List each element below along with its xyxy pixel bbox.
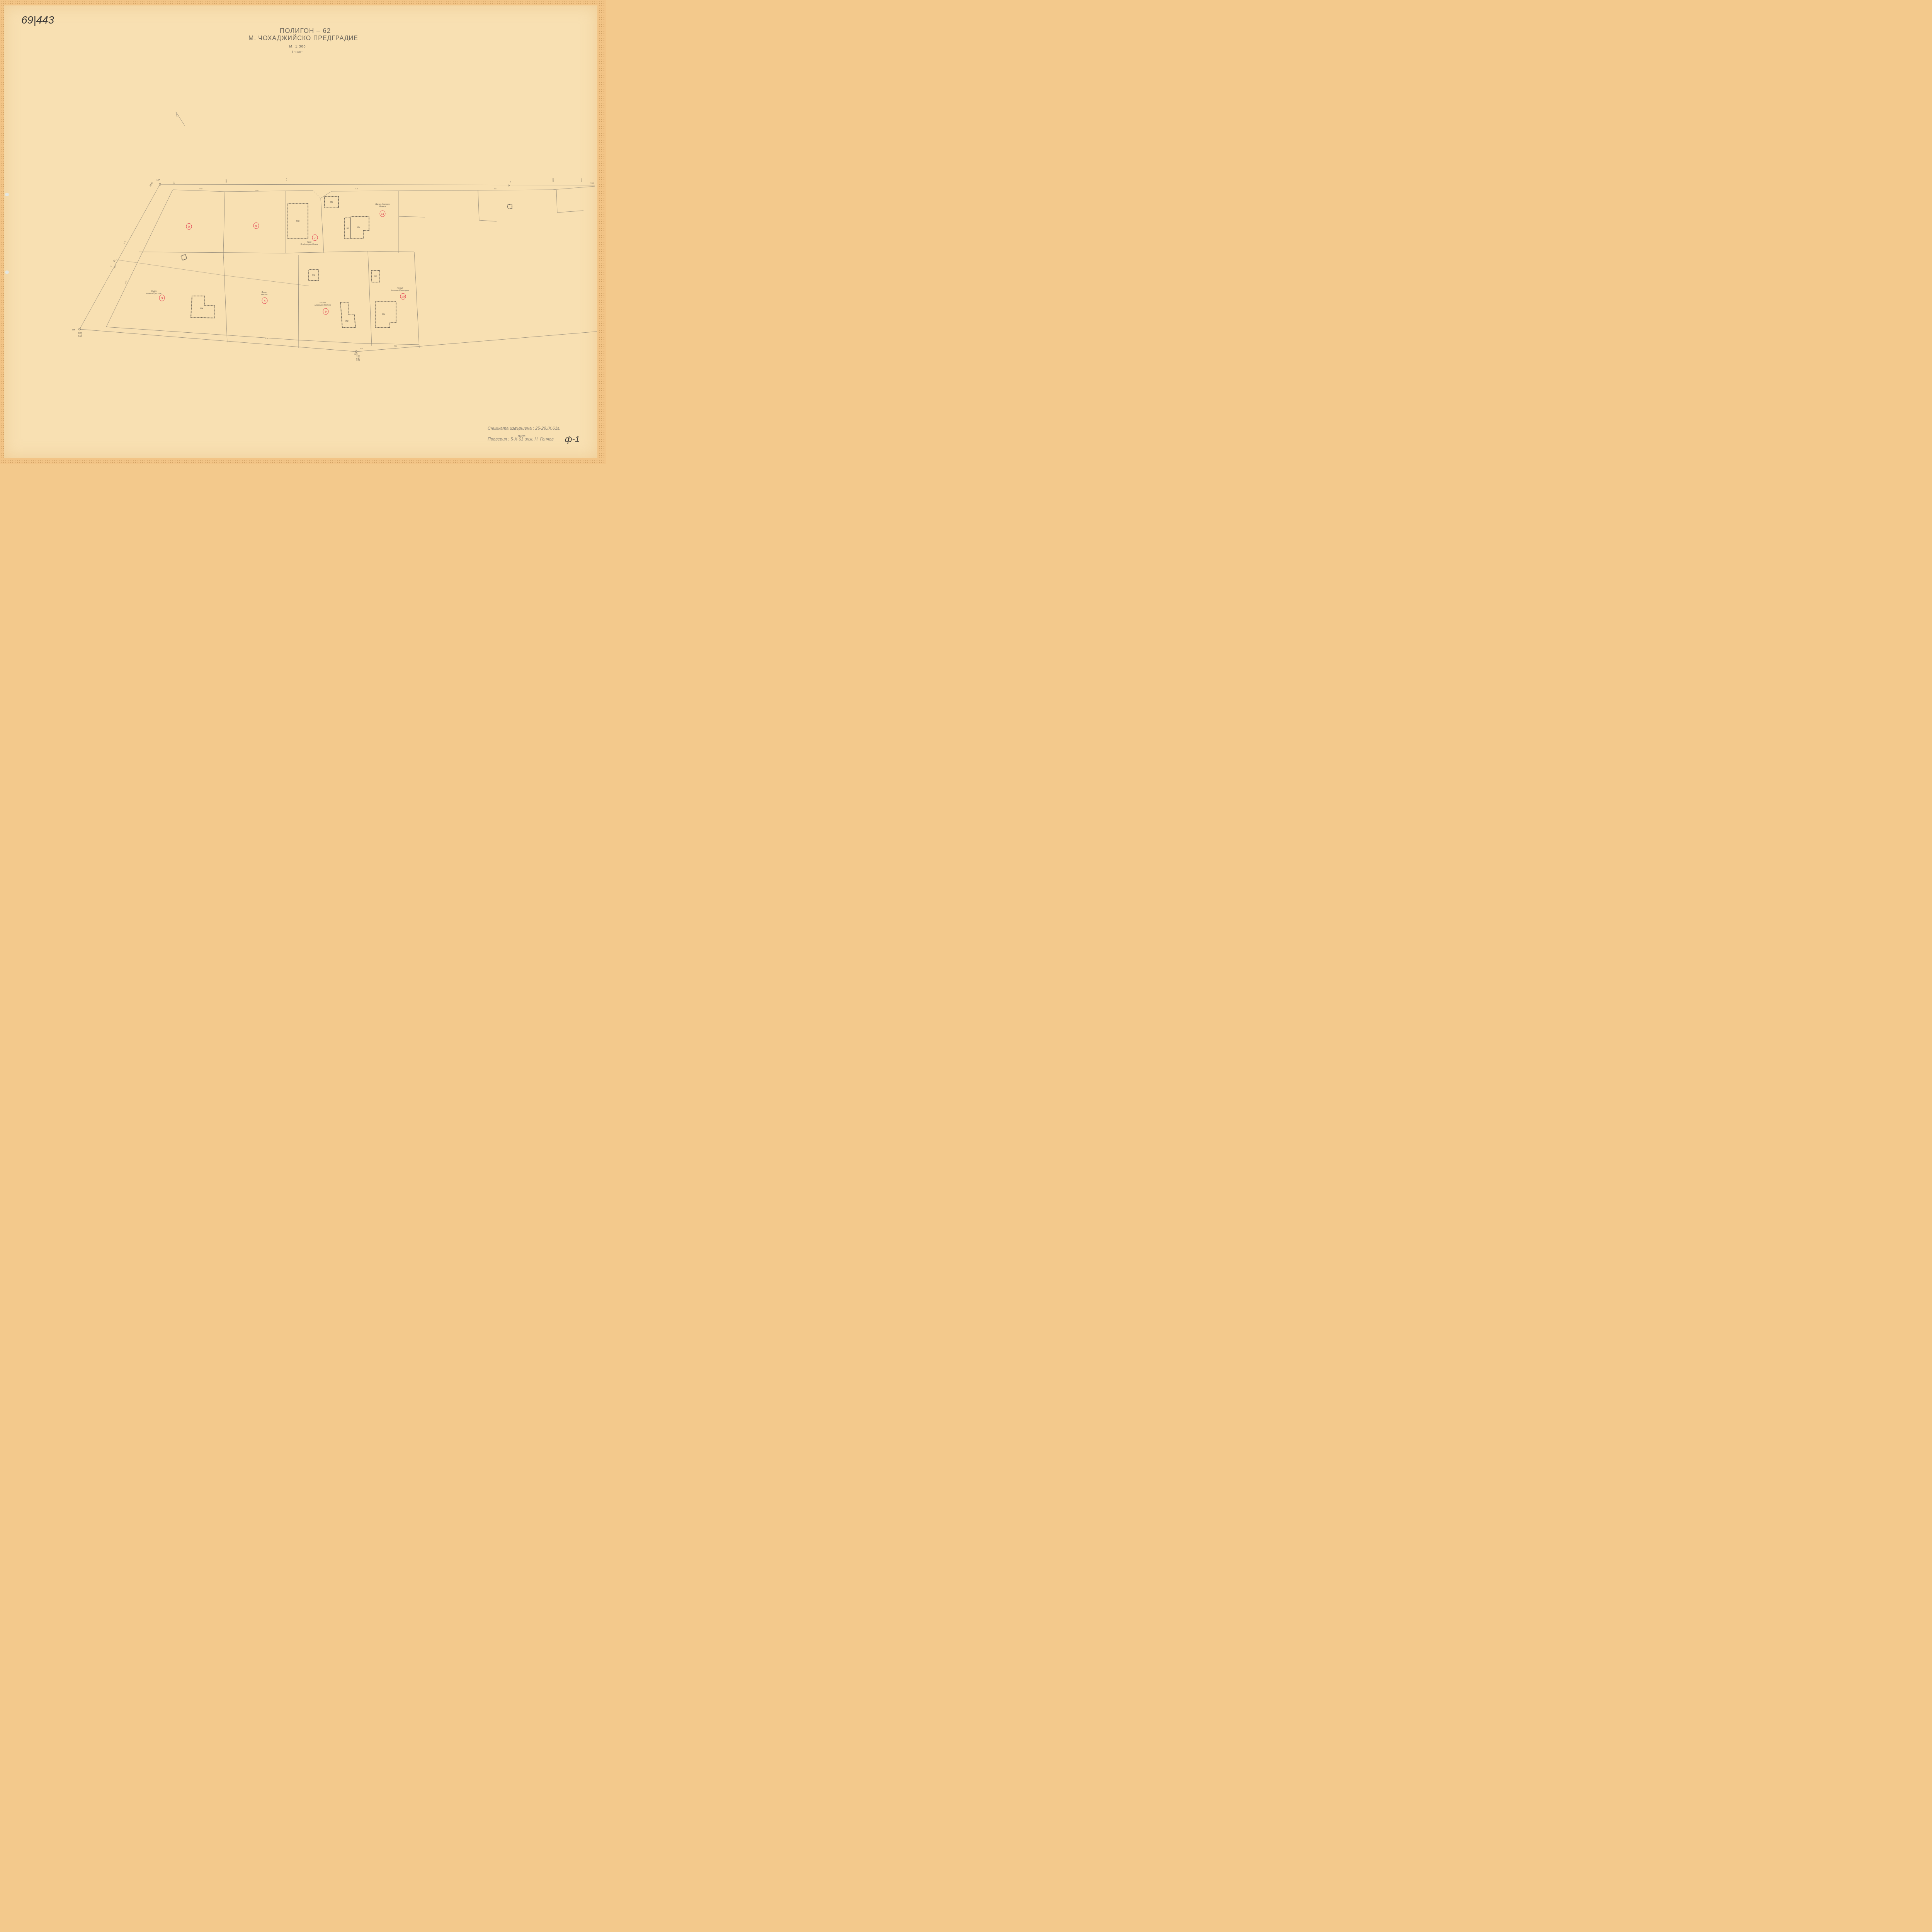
owner-name: Анчков bbox=[261, 294, 268, 296]
checked-by-note: Проверил : 5·X·61 инж. Н. Генчев bbox=[488, 436, 554, 443]
building-code: МБ bbox=[374, 276, 377, 277]
distance-label: 18.30 bbox=[255, 190, 259, 192]
parcel-number: 11 bbox=[381, 212, 384, 216]
control-point-id: 137 bbox=[156, 179, 160, 182]
owner-name: Ангелов Димитров bbox=[391, 289, 409, 292]
building-code: МЖ bbox=[357, 226, 361, 228]
control-point-id: 1 bbox=[111, 265, 112, 267]
building-outline bbox=[181, 254, 187, 260]
building-outline bbox=[375, 302, 396, 328]
parcel-number: 3 bbox=[161, 296, 163, 300]
building-code: ПБ bbox=[330, 201, 333, 203]
station-label: 22.05 bbox=[225, 179, 227, 183]
owner-name: Иванов bbox=[379, 206, 386, 208]
survey-note: Снимката извършена : 25-29.IX.61г. bbox=[488, 425, 561, 432]
distance-label: 22.72 bbox=[123, 241, 126, 245]
owner-name: Асенов Христов bbox=[146, 293, 162, 295]
owner-name: Владимиров Новев bbox=[301, 243, 318, 246]
distance-label: 17.44 bbox=[199, 188, 202, 190]
station-label: 122.13 bbox=[552, 178, 554, 182]
control-point-id: 139 bbox=[354, 353, 358, 355]
cadastral-plan: 5 6 7 11 3 4 9 10 Малин Асенов Христов В… bbox=[0, 0, 606, 464]
control-point-elevation: 74·97 bbox=[114, 263, 117, 269]
traverse-line-top bbox=[160, 184, 595, 185]
traverse-line-bottom bbox=[80, 329, 356, 352]
distance-label: 26.70 bbox=[124, 281, 127, 284]
north-arrow-icon bbox=[176, 112, 185, 126]
control-point-elevation: 94·54 bbox=[80, 332, 83, 337]
distance-label: 8.15 bbox=[494, 188, 497, 190]
building-outline bbox=[508, 204, 512, 208]
building-code: МЖ bbox=[200, 308, 204, 310]
owner-name: Михайлов Пейчев bbox=[315, 304, 331, 306]
building-code: ПЖ bbox=[345, 320, 349, 322]
distance-label: 5.76 bbox=[360, 348, 363, 350]
parcel-number: 10 bbox=[401, 295, 405, 298]
sheet-code: ф-1 bbox=[565, 434, 580, 444]
traverse-line-bottom-right bbox=[356, 332, 597, 352]
building-code: МЖ bbox=[296, 220, 300, 222]
building-code: МЖ bbox=[382, 313, 386, 315]
control-point-id: 138 bbox=[72, 329, 75, 331]
building-outline bbox=[191, 296, 215, 318]
parcel-number: 6 bbox=[255, 224, 257, 228]
control-point-marker bbox=[114, 260, 115, 262]
building-outline bbox=[340, 302, 355, 328]
distance-label: 9.80 bbox=[394, 345, 397, 347]
station-label: 4.62 bbox=[173, 182, 175, 184]
control-point-elevation: 127·98 bbox=[358, 355, 361, 361]
control-point-id: 136 bbox=[590, 182, 594, 185]
parcel-number: 7 bbox=[314, 236, 316, 240]
traverse-line-left bbox=[80, 184, 160, 329]
distance-label: 5.27 bbox=[355, 188, 358, 190]
parcel-number: 4 bbox=[264, 299, 266, 303]
parcel-number: 9 bbox=[325, 310, 327, 313]
station-label: 139.81 bbox=[580, 178, 582, 182]
building-code: МБ bbox=[347, 228, 349, 230]
control-point-elevation: 53·65 bbox=[150, 182, 154, 187]
distance-label: 23.85 bbox=[265, 338, 268, 340]
building-code: ПЖ bbox=[312, 274, 315, 276]
parcel-number: 5 bbox=[188, 225, 190, 228]
control-point-id: 3 bbox=[510, 181, 511, 183]
station-label: 48.50 bbox=[286, 178, 287, 181]
